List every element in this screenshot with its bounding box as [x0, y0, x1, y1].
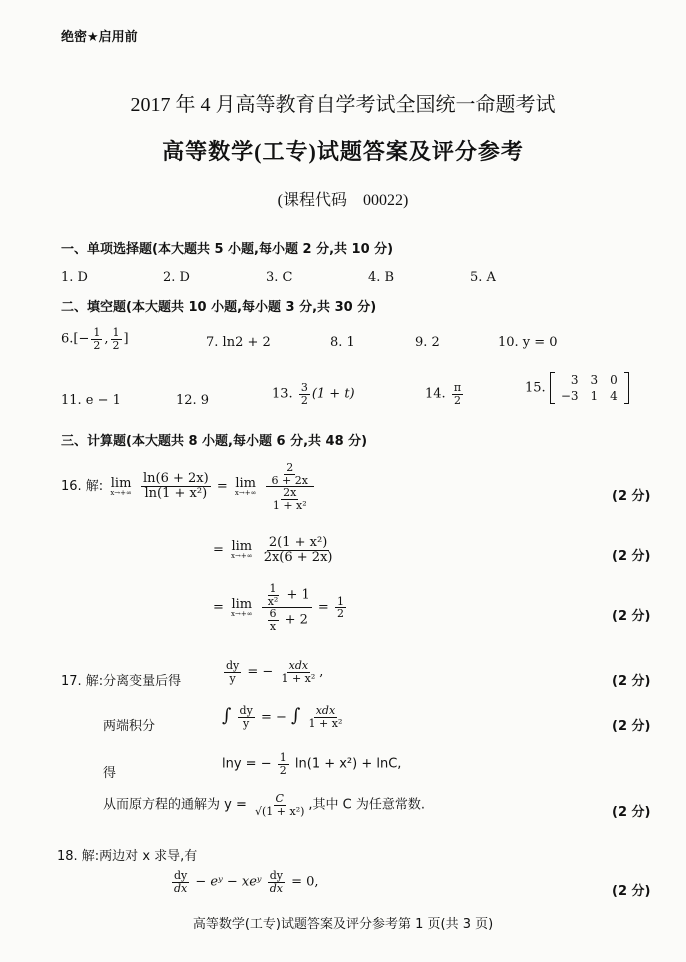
answer-13: 13. 32(1 + t) — [272, 382, 355, 406]
question-17-integrate-label: 两端积分 — [103, 715, 155, 734]
question-18-derivative: dydx − eʸ − xeʸ dydx = 0, — [170, 870, 319, 894]
answer-15: 15. 330 −314 — [525, 372, 629, 404]
right-bracket — [624, 372, 629, 404]
limit: limx→+∞ — [235, 477, 257, 497]
page-footer: 高等数学(工专)试题答案及评分参考第 1 页(共 3 页) — [0, 913, 686, 932]
answer-7: 7. ln2 + 2 — [206, 335, 271, 350]
limit: limx→+∞ — [110, 477, 132, 497]
answer-10: 10. y = 0 — [498, 335, 558, 350]
answer-4: 4. B — [368, 270, 394, 285]
answer-6: 6.[−12,12] — [61, 327, 129, 351]
answer-12: 12. 9 — [176, 393, 209, 408]
document-title: 高等数学(工专)试题答案及评分参考 — [0, 135, 686, 166]
answer-1: 1. D — [61, 270, 88, 285]
score-label: (2 分) — [612, 670, 650, 689]
question-16-step3: = limx→+∞ 1x² + 1 6x + 2 = 12 — [213, 583, 348, 632]
section2-heading: 二、填空题(本大题共 10 小题,每小题 3 分,共 30 分) — [61, 296, 376, 315]
question-17-separation: dyy = − xdx1 + x², — [222, 660, 323, 684]
fraction: 2(1 + x²)2x(6 + 2x) — [262, 536, 335, 564]
fraction: π2 — [452, 382, 463, 406]
score-label: (2 分) — [612, 605, 650, 624]
course-code: (课程代码 00022) — [0, 187, 686, 210]
answer-11: 11. e − 1 — [61, 393, 121, 408]
compound-fraction: 26 + 2x 2x1 + x² — [266, 462, 314, 511]
question-16-step2: = limx→+∞ 2(1 + x²)2x(6 + 2x) — [213, 536, 336, 564]
section1-heading: 一、单项选择题(本大题共 5 小题,每小题 2 分,共 10 分) — [61, 238, 393, 257]
matrix: 330 −314 — [550, 372, 629, 404]
answer-2: 2. D — [163, 270, 190, 285]
score-label: (2 分) — [612, 715, 650, 734]
score-label: (2 分) — [612, 485, 650, 504]
integral-icon: ∫ — [291, 705, 300, 726]
section3-heading: 三、计算题(本大题共 8 小题,每小题 6 分,共 48 分) — [61, 430, 367, 449]
fraction: 12 — [91, 327, 102, 351]
fraction: 12 — [335, 596, 346, 620]
confidential-label: 绝密★启用前 — [61, 26, 138, 45]
question-17-get-label: 得 — [103, 762, 116, 781]
question-17-label: 17. 解:分离变量后得 — [61, 670, 181, 689]
answer-14: 14. π2 — [425, 382, 465, 406]
score-label: (2 分) — [612, 880, 650, 899]
answer-8: 8. 1 — [330, 335, 355, 350]
limit: limx→+∞ — [231, 540, 253, 560]
fraction: 12 — [111, 327, 122, 351]
question-18-label: 18. 解:两边对 x 求导,有 — [57, 845, 197, 864]
question-17-general-solution: 从而原方程的通解为 y = C√(1 + x²),其中 C 为任意常数. — [103, 793, 425, 817]
answer-5: 5. A — [470, 270, 496, 285]
answer-3: 3. C — [266, 270, 292, 285]
fraction: 32 — [299, 382, 310, 406]
score-label: (2 分) — [612, 801, 650, 820]
integral-icon: ∫ — [222, 705, 231, 726]
exam-title: 2017 年 4 月高等教育自学考试全国统一命题考试 — [0, 88, 686, 117]
question-16-step1: 16. 解: limx→+∞ ln(6 + 2x)ln(1 + x²) = li… — [61, 462, 316, 511]
score-label: (2 分) — [612, 545, 650, 564]
question-17-result: lny = − 12 ln(1 + x²) + lnC, — [222, 752, 401, 776]
question-17-integration: ∫ dyy = − ∫ xdx1 + x² — [222, 705, 346, 730]
compound-fraction: 1x² + 1 6x + 2 — [262, 583, 312, 632]
fraction: ln(6 + 2x)ln(1 + x²) — [141, 472, 211, 500]
answer-9: 9. 2 — [415, 335, 440, 350]
limit: limx→+∞ — [231, 598, 253, 618]
